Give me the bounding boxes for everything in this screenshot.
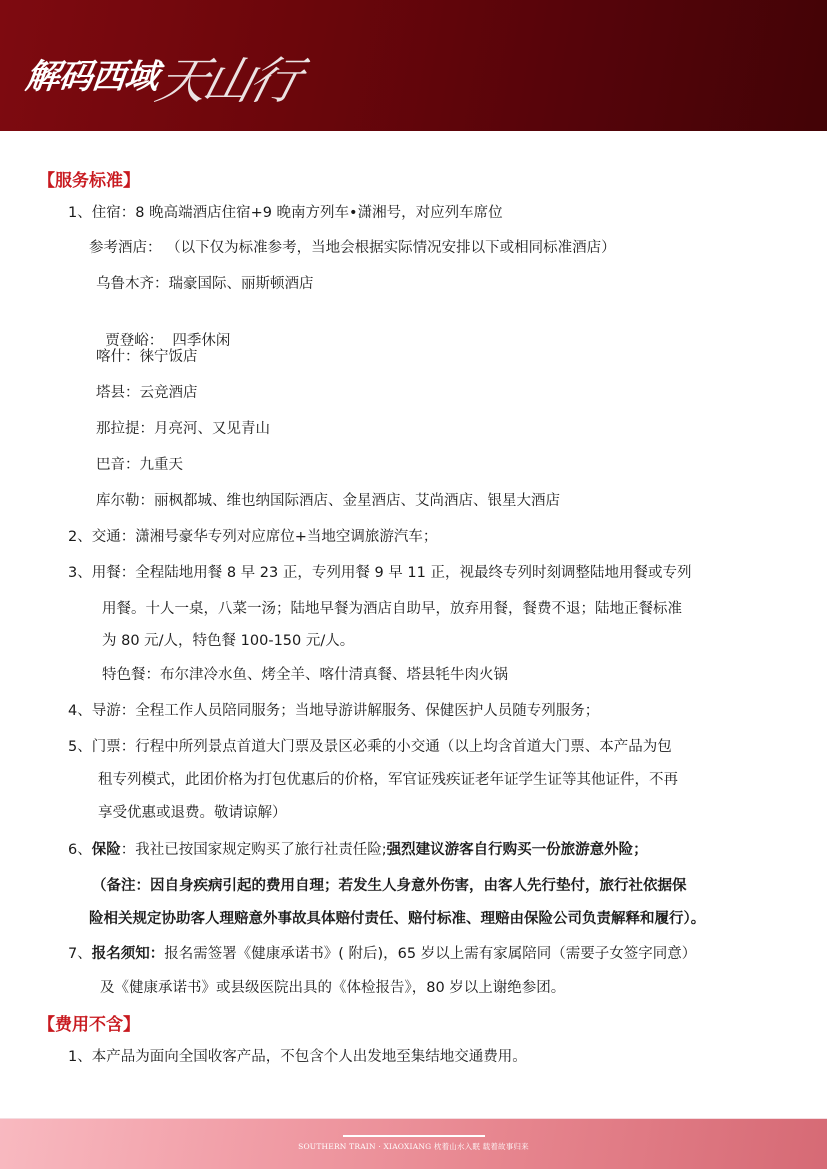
item-2-transport: 2、交通：潇湘号豪华专列对应席位+当地空调旅游汽车； — [68, 527, 437, 547]
header-banner: 解码西域 天山行 — [0, 0, 827, 131]
item-3-special-meals: 特色餐：布尔津冷水鱼、烤全羊、喀什清真餐、塔县牦牛肉火锅 — [102, 665, 508, 685]
footer-divider — [343, 1135, 485, 1137]
item-label: 报名须知： — [92, 946, 165, 962]
item-number: 3、 — [68, 565, 92, 581]
item-number: 4、 — [68, 703, 92, 719]
section-title-costs-excluded: 【费用不含】 — [38, 1010, 140, 1035]
item-7-registration-line-2: 及《健康承诺书》或县级医院出具的《体检报告》，80 岁以上谢绝参团。 — [100, 978, 565, 998]
hotel-city: 乌鲁木齐： — [96, 276, 169, 292]
item-text: ：我社已按国家规定购买了旅行社责任险; — [121, 842, 387, 858]
hotel-row-kashgar: 喀什：徕宁饭店 — [96, 347, 198, 367]
item-number: 5、 — [68, 739, 92, 755]
item-number: 1、 — [68, 1049, 92, 1065]
item-text: 导游：全程工作人员陪同服务；当地导游讲解服务、保健医护人员随专列服务； — [92, 703, 600, 719]
hotel-row-urumqi: 乌鲁木齐：瑞豪国际、丽斯顿酒店 — [96, 274, 314, 294]
footer-tagline: SOUTHERN TRAIN · XIAOXIANG 枕着山水入眠 载着故事归来 — [0, 1141, 827, 1152]
item-text: 交通：潇湘号豪华专列对应席位+当地空调旅游汽车； — [92, 529, 438, 545]
item-text: 本产品为面向全国收客产品，不包含个人出发地至集结地交通费用。 — [92, 1049, 527, 1065]
item-4-guide: 4、导游：全程工作人员陪同服务；当地导游讲解服务、保健医护人员随专列服务； — [68, 701, 599, 721]
logo-title-main: 解码西域 — [23, 49, 160, 98]
item-5-tickets-line-3: 享受优惠或退费。敬请谅解） — [98, 803, 287, 823]
item-5-tickets: 5、门票：行程中所列景点首道大门票及景区必乘的小交通（以上均含首道大门票、本产品… — [68, 737, 672, 757]
item-6-insurance: 6、保险：我社已按国家规定购买了旅行社责任险;强烈建议游客自行购买一份旅游意外险… — [68, 840, 648, 860]
item-number: 1、 — [68, 205, 92, 221]
hotel-row-korla: 库尔勒：丽枫都城、维也纳国际酒店、金星酒店、艾尚酒店、银星大酒店 — [96, 491, 560, 511]
item-number: 2、 — [68, 529, 92, 545]
item-6-note-line-2: 险相关规定协助客人理赔意外事故具体赔付责任、赔付标准、理赔由保险公司负责解释和履… — [89, 909, 705, 929]
item-number: 7、 — [68, 946, 92, 962]
hotel-city: 喀什： — [96, 349, 140, 365]
section-title-service-standard: 【服务标准】 — [38, 166, 140, 191]
logo: 解码西域 天山行 — [26, 38, 298, 108]
reference-hotels-label: 参考酒店： （以下仅为标准参考，当地会根据实际情况安排以下或相同标准酒店） — [89, 238, 616, 258]
item-label: 保险 — [92, 842, 121, 858]
hotel-names: 徕宁饭店 — [140, 349, 198, 365]
item-5-tickets-line-2: 租专列模式，此团价格为打包优惠后的价格，军官证残疾证老年证学生证等其他证件，不再 — [98, 770, 678, 790]
item-3-meals: 3、用餐：全程陆地用餐 8 早 23 正，专列用餐 9 早 11 正，视最终专列… — [68, 563, 691, 583]
hotel-names: 云竞酒店 — [140, 385, 198, 401]
item-7-registration: 7、报名须知：报名需签署《健康承诺书》( 附后)，65 岁以上需有家属陪同（需要… — [68, 944, 696, 964]
hotel-row-taxian: 塔县：云竞酒店 — [96, 383, 198, 403]
item-text: 门票：行程中所列景点首道大门票及景区必乘的小交通（以上均含首道大门票、本产品为包 — [92, 739, 672, 755]
footer-banner: SOUTHERN TRAIN · XIAOXIANG 枕着山水入眠 载着故事归来 — [0, 1118, 827, 1169]
hotel-row-jiadengyu: 贾登峪： 四季休闲 — [96, 311, 230, 351]
item-1-accommodation: 1、住宿：8 晚高端酒店住宿+9 晚南方列车•潇湘号，对应列车席位 — [68, 203, 503, 223]
hotel-city: 塔县： — [96, 385, 140, 401]
hotel-city: 那拉提： — [96, 421, 154, 437]
hotel-row-nalati: 那拉提：月亮河、又见青山 — [96, 419, 270, 439]
item-number: 6、 — [68, 842, 92, 858]
item-6-note-line-1: （备注：因自身疾病引起的费用自理；若发生人身意外伤害，由客人先行垫付，旅行社依据… — [92, 876, 687, 896]
hotel-city: 巴音： — [96, 457, 140, 473]
logo-title-script: 天山行 — [150, 41, 306, 113]
hotel-names: 瑞豪国际、丽斯顿酒店 — [169, 276, 314, 292]
hotel-names: 丽枫都城、维也纳国际酒店、金星酒店、艾尚酒店、银星大酒店 — [154, 493, 560, 509]
hotel-names: 月亮河、又见青山 — [154, 421, 270, 437]
item-3-meals-line-3: 为 80 元/人，特色餐 100-150 元/人。 — [102, 631, 354, 651]
hotel-names: 九重天 — [140, 457, 184, 473]
hotel-row-bayin: 巴音：九重天 — [96, 455, 183, 475]
item-text: 报名需签署《健康承诺书》( 附后)，65 岁以上需有家属陪同（需要子女签字同意） — [164, 946, 696, 962]
excluded-item-1: 1、本产品为面向全国收客产品，不包含个人出发地至集结地交通费用。 — [68, 1047, 527, 1067]
hotel-city: 库尔勒： — [96, 493, 154, 509]
item-text: 住宿：8 晚高端酒店住宿+9 晚南方列车•潇湘号，对应列车席位 — [92, 205, 503, 221]
item-text-emphasis: 强烈建议游客自行购买一份旅游意外险； — [387, 842, 648, 858]
item-3-meals-line-2: 用餐。十人一桌，八菜一汤；陆地早餐为酒店自助早，放弃用餐，餐费不退；陆地正餐标准 — [102, 599, 682, 619]
item-text: 用餐：全程陆地用餐 8 早 23 正，专列用餐 9 早 11 正，视最终专列时刻… — [92, 565, 692, 581]
